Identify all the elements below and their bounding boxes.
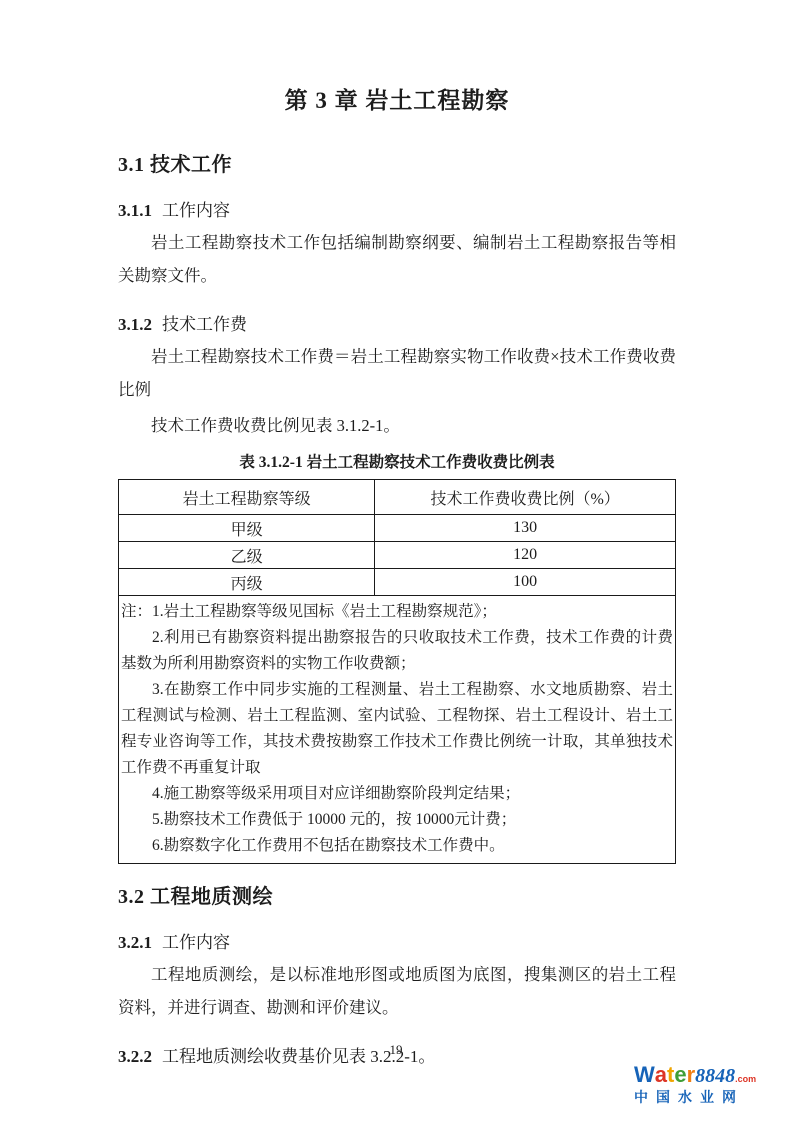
page-number: 19 <box>0 1042 792 1058</box>
subsection-number: 3.1.2 <box>118 315 152 334</box>
subsection-number: 3.1.1 <box>118 201 152 220</box>
logo-letter-e: e <box>674 1064 686 1086</box>
logo-letter-a: a <box>655 1064 667 1086</box>
table-header-ratio: 技术工作费收费比例（%） <box>375 480 676 515</box>
logo-letter-t: t <box>667 1064 674 1086</box>
table-title: 表 3.1.2-1 岩土工程勘察技术工作费收费比例表 <box>118 452 676 474</box>
logo-letter-r: r <box>687 1064 696 1086</box>
subsection-label: 工作内容 <box>162 933 230 952</box>
table-header-grade: 岩土工程勘察等级 <box>119 480 375 515</box>
table-cell-ratio: 120 <box>375 542 676 569</box>
table-cell-grade: 乙级 <box>119 542 375 569</box>
logo-subtitle-cn: 中国水业网 <box>634 1090 782 1104</box>
section-heading-3-2: 3.2 工程地质测绘 <box>118 884 676 910</box>
subsection-number: 3.2.1 <box>118 933 152 952</box>
water8848-logo: Water8848.com 中国水业网 <box>634 1064 782 1104</box>
subsection-label: 技术工作费 <box>162 315 247 334</box>
table-row: 丙级 100 <box>119 569 676 596</box>
table-cell-grade: 丙级 <box>119 569 375 596</box>
table-row: 乙级 120 <box>119 542 676 569</box>
table-row: 甲级 130 <box>119 515 676 542</box>
subsection-3-2-1: 3.2.1工作内容 <box>118 931 676 955</box>
document-page: 第 3 章 岩土工程勘察 3.1 技术工作 3.1.1工作内容 岩土工程勘察技术… <box>0 0 792 1122</box>
subsection-3-1-2: 3.1.2技术工作费 <box>118 313 676 337</box>
section-heading-3-1: 3.1 技术工作 <box>118 152 676 178</box>
table-header-row: 岩土工程勘察等级 技术工作费收费比例（%） <box>119 480 676 515</box>
logo-letter-w: W <box>634 1064 655 1086</box>
table-notes-cell: 注：1.岩土工程勘察等级见国标《岩土工程勘察规范》； 2.利用已有勘察资料提出勘… <box>119 596 676 864</box>
table-cell-ratio: 100 <box>375 569 676 596</box>
subsection-label: 工作内容 <box>162 201 230 220</box>
table-reference-paragraph: 技术工作费收费比例见表 3.1.2-1。 <box>118 409 676 442</box>
chapter-title: 第 3 章 岩土工程勘察 <box>118 86 676 116</box>
logo-tld-com: .com <box>735 1074 756 1084</box>
water8848-wordmark: Water8848.com <box>634 1064 782 1086</box>
logo-number-8848: 8848 <box>695 1065 735 1087</box>
formula-paragraph: 岩土工程勘察技术工作费＝岩土工程勘察实物工作收费×技术工作费收费比例 <box>118 340 676 406</box>
table-note-4: 4.施工勘察等级采用项目对应详细勘察阶段判定结果； <box>121 781 673 807</box>
paragraph-3-1-1: 岩土工程勘察技术工作包括编制勘察纲要、编制岩土工程勘察报告等相关勘察文件。 <box>118 226 676 292</box>
table-cell-grade: 甲级 <box>119 515 375 542</box>
paragraph-3-2-1: 工程地质测绘，是以标准地形图或地质图为底图，搜集测区的岩土工程资料，并进行调查、… <box>118 958 676 1024</box>
table-note-5: 5.勘察技术工作费低于 10000 元的，按 10000元计费； <box>121 807 673 833</box>
table-note-3: 3.在勘察工作中同步实施的工程测量、岩土工程勘察、水文地质勘察、岩土工程测试与检… <box>121 677 673 781</box>
fee-ratio-table: 岩土工程勘察等级 技术工作费收费比例（%） 甲级 130 乙级 120 丙级 1… <box>118 479 676 864</box>
table-note-1: 注：1.岩土工程勘察等级见国标《岩土工程勘察规范》； <box>121 599 673 625</box>
table-notes-row: 注：1.岩土工程勘察等级见国标《岩土工程勘察规范》； 2.利用已有勘察资料提出勘… <box>119 596 676 864</box>
table-cell-ratio: 130 <box>375 515 676 542</box>
subsection-3-1-1: 3.1.1工作内容 <box>118 199 676 223</box>
table-note-6: 6.勘察数字化工作费用不包括在勘察技术工作费中。 <box>121 833 673 859</box>
table-note-2: 2.利用已有勘察资料提出勘察报告的只收取技术工作费，技术工作费的计费基数为所利用… <box>121 625 673 677</box>
